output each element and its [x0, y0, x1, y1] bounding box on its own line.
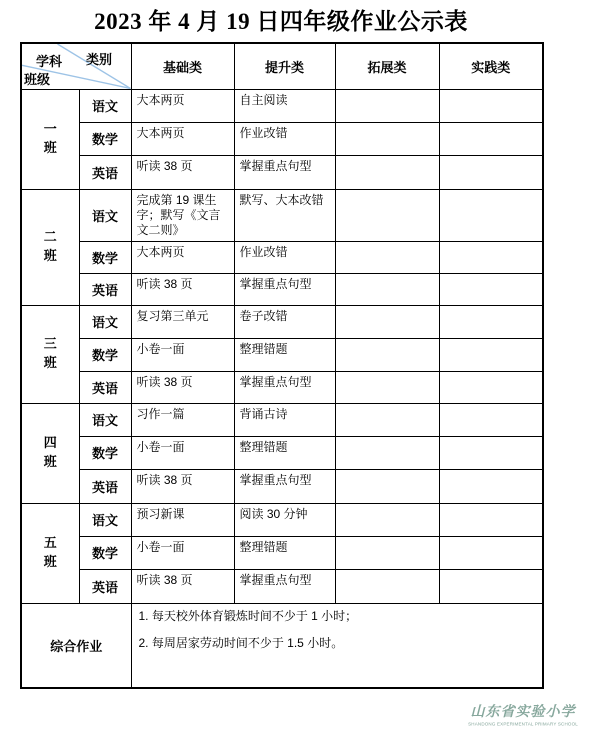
practice-homework-cell — [439, 273, 543, 305]
school-name-cn: 山东省实验小学 — [462, 701, 584, 721]
improve-homework-cell: 作业改错 — [234, 241, 335, 273]
practice-homework-cell — [439, 338, 543, 371]
subject-cell: 数学 — [79, 241, 131, 273]
expand-homework-cell — [335, 469, 439, 503]
improve-homework-cell: 掌握重点句型 — [234, 273, 335, 305]
table-row: 英语 听读 38 页 掌握重点句型 — [21, 569, 543, 603]
expand-homework-cell — [335, 371, 439, 403]
class-name-cell: 二班 — [21, 189, 79, 305]
class-name: 五班 — [43, 534, 58, 572]
practice-homework-cell — [439, 189, 543, 241]
expand-homework-cell — [335, 305, 439, 338]
improve-homework-cell: 整理错题 — [234, 338, 335, 371]
basic-homework-cell: 完成第 19 课生字；默写《文言文二则》 — [131, 189, 234, 241]
corner-label-subject: 学科 — [36, 51, 62, 70]
expand-homework-cell — [335, 338, 439, 371]
practice-homework-cell — [439, 536, 543, 569]
class-name: 四班 — [43, 434, 58, 472]
table-row: 二班 语文 完成第 19 课生字；默写《文言文二则》 默写、大本改错 — [21, 189, 543, 241]
column-header-practice: 实践类 — [439, 43, 543, 89]
improve-homework-cell: 背诵古诗 — [234, 403, 335, 436]
table-row: 数学 小卷一面 整理错题 — [21, 436, 543, 469]
improve-homework-cell: 自主阅读 — [234, 89, 335, 122]
basic-homework-cell: 小卷一面 — [131, 536, 234, 569]
column-header-expand: 拓展类 — [335, 43, 439, 89]
basic-homework-cell: 小卷一面 — [131, 436, 234, 469]
table-row: 英语 听读 38 页 掌握重点句型 — [21, 371, 543, 403]
class-name-cell: 四班 — [21, 403, 79, 503]
header-row: 学科 类别 班级 基础类 提升类 拓展类 实践类 — [21, 43, 543, 89]
page-title: 2023 年 4 月 19 日四年级作业公示表 — [20, 3, 542, 36]
subject-cell: 数学 — [79, 436, 131, 469]
expand-homework-cell — [335, 536, 439, 569]
table-row: 四班 语文 习作一篇 背诵古诗 — [21, 403, 543, 436]
improve-homework-cell: 掌握重点句型 — [234, 469, 335, 503]
expand-homework-cell — [335, 273, 439, 305]
expand-homework-cell — [335, 503, 439, 536]
basic-homework-cell: 听读 38 页 — [131, 155, 234, 189]
improve-homework-cell: 卷子改错 — [234, 305, 335, 338]
basic-homework-cell: 复习第三单元 — [131, 305, 234, 338]
subject-cell: 语文 — [79, 403, 131, 436]
corner-label-class: 班级 — [24, 69, 50, 88]
table-row: 英语 听读 38 页 掌握重点句型 — [21, 155, 543, 189]
improve-homework-cell: 整理错题 — [234, 536, 335, 569]
table-row: 数学 小卷一面 整理错题 — [21, 338, 543, 371]
practice-homework-cell — [439, 403, 543, 436]
basic-homework-cell: 大本两页 — [131, 241, 234, 273]
table-row: 三班 语文 复习第三单元 卷子改错 — [21, 305, 543, 338]
improve-homework-cell: 掌握重点句型 — [234, 155, 335, 189]
comprehensive-item: 2. 每周居家劳动时间不少于 1.5 小时。 — [139, 636, 536, 651]
practice-homework-cell — [439, 469, 543, 503]
improve-homework-cell: 阅读 30 分钟 — [234, 503, 335, 536]
basic-homework-cell: 听读 38 页 — [131, 469, 234, 503]
basic-homework-cell: 听读 38 页 — [131, 371, 234, 403]
expand-homework-cell — [335, 403, 439, 436]
subject-cell: 数学 — [79, 122, 131, 155]
subject-cell: 语文 — [79, 305, 131, 338]
class-name: 三班 — [43, 335, 58, 373]
basic-homework-cell: 大本两页 — [131, 122, 234, 155]
table-row: 数学 大本两页 作业改错 — [21, 122, 543, 155]
expand-homework-cell — [335, 89, 439, 122]
improve-homework-cell: 默写、大本改错 — [234, 189, 335, 241]
school-name-en: SHANDONG EXPERIMENTAL PRIMARY SCHOOL — [468, 722, 578, 727]
class-name-cell: 三班 — [21, 305, 79, 403]
practice-homework-cell — [439, 155, 543, 189]
expand-homework-cell — [335, 436, 439, 469]
subject-cell: 英语 — [79, 569, 131, 603]
improve-homework-cell: 作业改错 — [234, 122, 335, 155]
subject-cell: 英语 — [79, 469, 131, 503]
class-name: 二班 — [43, 228, 58, 266]
expand-homework-cell — [335, 241, 439, 273]
table-row: 数学 大本两页 作业改错 — [21, 241, 543, 273]
improve-homework-cell: 掌握重点句型 — [234, 371, 335, 403]
expand-homework-cell — [335, 569, 439, 603]
table-row: 五班 语文 预习新课 阅读 30 分钟 — [21, 503, 543, 536]
basic-homework-cell: 听读 38 页 — [131, 273, 234, 305]
basic-homework-cell: 习作一篇 — [131, 403, 234, 436]
class-name-cell: 一班 — [21, 89, 79, 189]
subject-cell: 语文 — [79, 89, 131, 122]
table-row: 英语 听读 38 页 掌握重点句型 — [21, 273, 543, 305]
school-watermark: 山东省实验小学 SHANDONG EXPERIMENTAL PRIMARY SC… — [462, 701, 584, 728]
page: 2023 年 4 月 19 日四年级作业公示表 学科 类别 班级 基础类 提升类… — [0, 0, 596, 736]
expand-homework-cell — [335, 189, 439, 241]
subject-cell: 语文 — [79, 189, 131, 241]
basic-homework-cell: 大本两页 — [131, 89, 234, 122]
subject-cell: 英语 — [79, 273, 131, 305]
table-row: 数学 小卷一面 整理错题 — [21, 536, 543, 569]
practice-homework-cell — [439, 305, 543, 338]
practice-homework-cell — [439, 503, 543, 536]
subject-cell: 语文 — [79, 503, 131, 536]
practice-homework-cell — [439, 371, 543, 403]
practice-homework-cell — [439, 89, 543, 122]
improve-homework-cell: 掌握重点句型 — [234, 569, 335, 603]
expand-homework-cell — [335, 155, 439, 189]
basic-homework-cell: 听读 38 页 — [131, 569, 234, 603]
table-row: 一班 语文 大本两页 自主阅读 — [21, 89, 543, 122]
column-header-basic: 基础类 — [131, 43, 234, 89]
column-header-improve: 提升类 — [234, 43, 335, 89]
practice-homework-cell — [439, 122, 543, 155]
practice-homework-cell — [439, 241, 543, 273]
comprehensive-label: 综合作业 — [21, 603, 131, 688]
subject-cell: 英语 — [79, 155, 131, 189]
comprehensive-content: 1. 每天校外体育锻炼时间不少于 1 小时； 2. 每周居家劳动时间不少于 1.… — [131, 603, 543, 688]
subject-cell: 数学 — [79, 338, 131, 371]
subject-cell: 英语 — [79, 371, 131, 403]
class-name-cell: 五班 — [21, 503, 79, 603]
table-row: 英语 听读 38 页 掌握重点句型 — [21, 469, 543, 503]
corner-cell: 学科 类别 班级 — [21, 43, 131, 89]
basic-homework-cell: 小卷一面 — [131, 338, 234, 371]
basic-homework-cell: 预习新课 — [131, 503, 234, 536]
class-name: 一班 — [43, 120, 58, 158]
practice-homework-cell — [439, 569, 543, 603]
comprehensive-row: 综合作业 1. 每天校外体育锻炼时间不少于 1 小时； 2. 每周居家劳动时间不… — [21, 603, 543, 688]
subject-cell: 数学 — [79, 536, 131, 569]
improve-homework-cell: 整理错题 — [234, 436, 335, 469]
comprehensive-item: 1. 每天校外体育锻炼时间不少于 1 小时； — [139, 609, 536, 624]
corner-label-category: 类别 — [86, 49, 112, 68]
expand-homework-cell — [335, 122, 439, 155]
practice-homework-cell — [439, 436, 543, 469]
homework-table: 学科 类别 班级 基础类 提升类 拓展类 实践类 一班 语文 大本两页 自主阅读… — [20, 42, 544, 689]
